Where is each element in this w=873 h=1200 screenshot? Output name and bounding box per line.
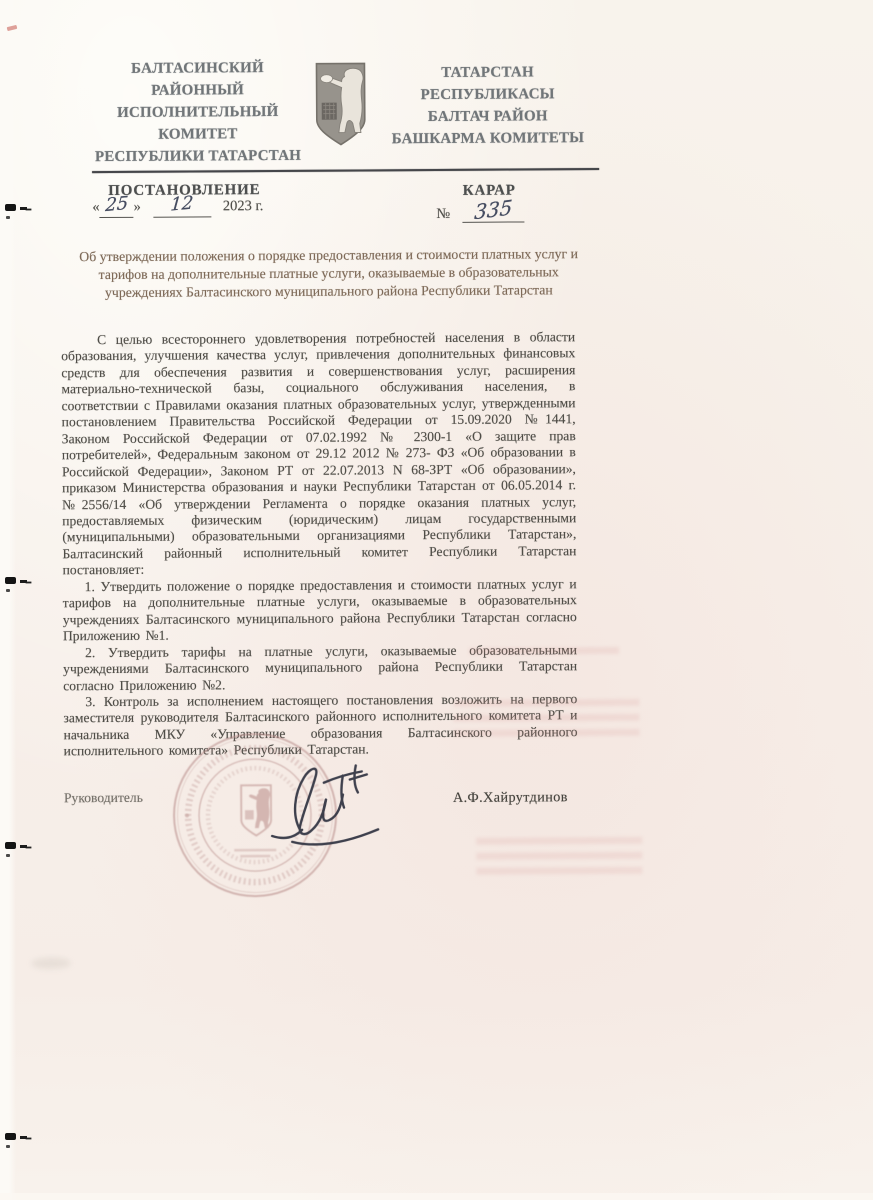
quote-open: « [92,199,99,215]
number-slot: 335 [462,203,524,222]
doc-body: С целью всестороннего удовлетворения пот… [61,329,578,760]
edge-mark [3,204,27,220]
bleed-through-ghost [453,699,639,744]
month-value: 12 [170,196,194,212]
doc-title: Об утверждении положения о порядке предо… [71,245,587,303]
header-divider [92,168,599,173]
scanned-page: БАЛТАСИНСКИЙ РАЙОННЫЙ ИСПОЛНИТЕЛЬНЫЙ КОМ… [0,0,873,1200]
org-line: БАЛТАСИНСКИЙ РАЙОННЫЙ [83,57,311,102]
org-line: ИСПОЛНИТЕЛЬНЫЙ КОМИТЕТ [84,101,312,146]
paper-smudge [31,957,71,969]
signature-ink-icon [264,749,387,856]
edge-mark [3,577,27,593]
bleed-through-ghost [476,837,642,878]
org-line: БАШКАРМА КОМИТЕТЫ [382,127,594,150]
day-value: 25 [105,197,129,213]
year-label: 2023 г. [223,198,264,214]
page-content: БАЛТАСИНСКИЙ РАЙОННЫЙ ИСПОЛНИТЕЛЬНЫЙ КОМ… [0,0,873,1200]
number-line: №335 [436,203,524,223]
org-name-tatar: ТАТАРСТАН РЕСПУБЛИКАСЫ БАЛТАЧ РАЙОН БАШК… [381,61,594,150]
number-value: 335 [474,200,513,219]
day-slot: 25 [100,199,134,218]
month-slot: 12 [153,198,211,217]
org-line: БАЛТАЧ РАЙОН [382,105,594,128]
edge-mark [3,1133,27,1149]
bleed-through-ghost [469,647,619,661]
baltasi-coat-of-arms-icon [314,61,367,147]
signature-name: А.Ф.Хайрутдинов [453,789,568,807]
org-name-russian: БАЛТАСИНСКИЙ РАЙОННЫЙ ИСПОЛНИТЕЛЬНЫЙ КОМ… [83,57,312,168]
quote-close: » [134,199,141,215]
body-paragraph: С целью всестороннего удовлетворения пот… [61,329,576,579]
edge-mark [3,842,27,858]
org-line: РЕСПУБЛИКИ ТАТАРСТАН [84,145,312,168]
signature-position: Руководитель [64,790,143,806]
org-line: ТАТАРСТАН РЕСПУБЛИКАСЫ [381,61,593,106]
paper-smudge [119,342,133,350]
number-sign: № [436,206,450,222]
body-paragraph: 1. Утвердить положение о порядке предост… [63,576,577,645]
date-line: «25»122023 г. [92,198,263,218]
